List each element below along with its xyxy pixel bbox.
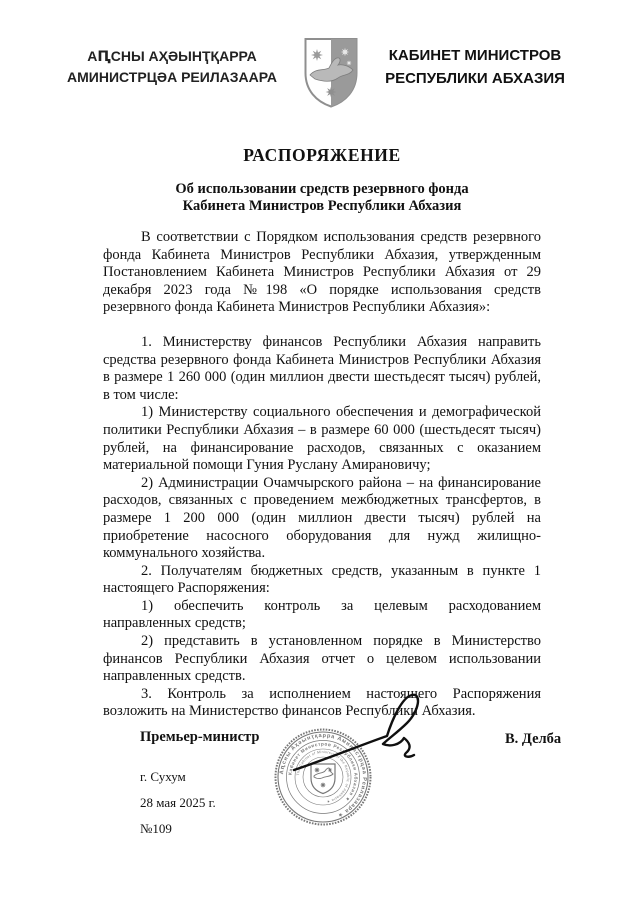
document-subject: Об использовании средств резервного фонд… xyxy=(103,181,541,215)
footer-city: г. Сухум xyxy=(140,764,216,790)
document-page: АԤСНЫ АҲӘЫНҬҚАРРА АМИНИСТРЦӘА РЕИЛАЗААРА… xyxy=(0,0,640,905)
handwritten-signature-icon xyxy=(286,688,436,783)
paragraph-item-2-1: 1) обеспечить контроль за целевым расход… xyxy=(103,598,541,633)
paragraph-item-2-2: 2) представить в установленном порядке в… xyxy=(103,633,541,686)
signer-name: В. Делба xyxy=(505,731,561,748)
footer-number: №109 xyxy=(140,816,216,842)
org-name-russian-line1: КАБИНЕТ МИНИСТРОВ xyxy=(372,44,578,67)
org-name-abkhaz: АԤСНЫ АҲӘЫНҬҚАРРА АМИНИСТРЦӘА РЕИЛАЗААРА xyxy=(58,46,286,88)
paragraph-item-1: 1. Министерству финансов Республики Абха… xyxy=(103,334,541,404)
paragraph-item-2: 2. Получателям бюджетных средств, указан… xyxy=(103,563,541,598)
org-name-russian-line2: РЕСПУБЛИКИ АБХАЗИЯ xyxy=(372,67,578,90)
signer-position-title: Премьер-министр xyxy=(140,729,259,746)
footer-date: 28 мая 2025 г. xyxy=(140,790,216,816)
paragraph-item-1-2: 2) Администрации Очамчырского района – н… xyxy=(103,475,541,563)
org-name-abkhaz-line1: АԤСНЫ АҲӘЫНҬҚАРРА xyxy=(58,46,286,67)
document-footer: г. Сухум 28 мая 2025 г. №109 xyxy=(140,764,216,842)
paragraph-preamble: В соответствии с Порядком использования … xyxy=(103,229,541,317)
document-subject-line1: Об использовании средств резервного фонд… xyxy=(103,181,541,198)
paragraph-item-1-1: 1) Министерству социального обеспечения … xyxy=(103,404,541,474)
document-body: В соответствии с Порядком использования … xyxy=(103,229,541,721)
abkhazia-coat-of-arms-icon xyxy=(303,37,359,109)
org-name-russian: КАБИНЕТ МИНИСТРОВ РЕСПУБЛИКИ АБХАЗИЯ xyxy=(372,44,578,90)
org-name-abkhaz-line2: АМИНИСТРЦӘА РЕИЛАЗААРА xyxy=(58,67,286,88)
document-subject-line2: Кабинета Министров Республики Абхазия xyxy=(103,198,541,215)
document-title: РАСПОРЯЖЕНИЕ xyxy=(103,145,541,166)
